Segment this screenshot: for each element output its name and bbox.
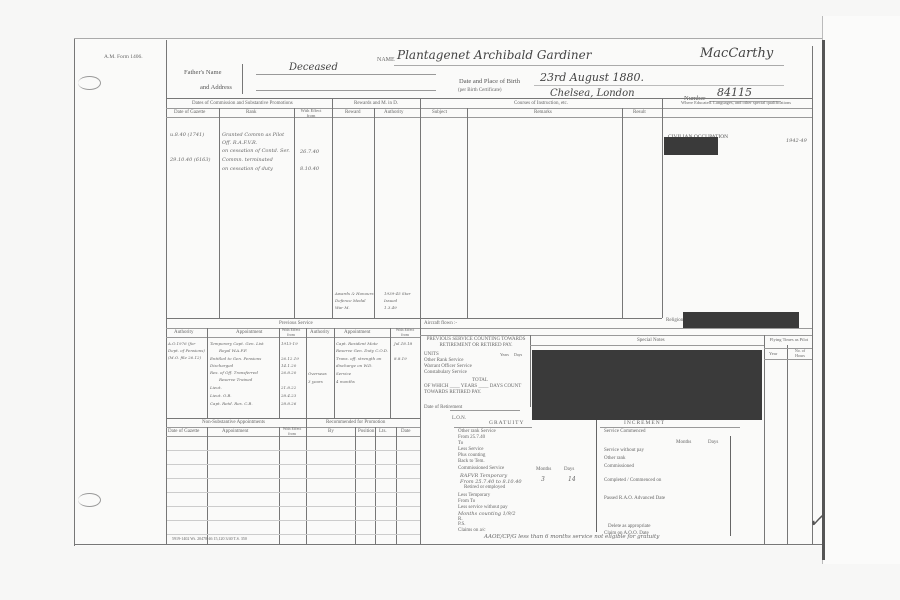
- prev-appointment: Royal W.A.F.F.: [219, 348, 247, 353]
- birth-label: Date and Place of Birth: [459, 78, 520, 85]
- prev-effect: 28.8.26: [281, 401, 296, 406]
- increment-line: Commissioned: [604, 464, 634, 469]
- col-header: No. of Hours: [790, 349, 810, 358]
- check-mark: ✓: [808, 508, 825, 532]
- reward-authority: 1939-45 Star: [384, 291, 411, 296]
- gratuity-line: Retired or employed: [464, 485, 505, 490]
- gratuity-line: Back to Tem.: [458, 459, 485, 464]
- surname-value: MacCarthy: [700, 46, 773, 61]
- rewards-title: Rewards and M. in D.: [354, 101, 398, 106]
- gratuity-line: Months counting 1/9/2: [458, 511, 516, 517]
- prev-appointment: Reserve Gen. Duty C.O.D.: [336, 348, 388, 353]
- col-header: With Effect from: [280, 427, 304, 436]
- prev-appointment: Lieut.: [210, 385, 222, 390]
- commission-date: 29.10.40 (6163): [170, 157, 210, 163]
- prev-authority: Overseas: [308, 371, 327, 376]
- increment-title: INCREMENT: [624, 420, 665, 426]
- redaction-block: [664, 137, 718, 155]
- gratuity-line: From To: [458, 499, 475, 504]
- reward-authority: 1.3.49: [384, 305, 397, 310]
- courses-title: Courses of Instruction, etc.: [514, 101, 568, 106]
- form-number: A.M. Form 1406.: [104, 54, 143, 60]
- birth-date-value: 23rd August 1880.: [540, 71, 644, 84]
- prev-appointment: Temporary Capt. Gen. List: [210, 341, 264, 346]
- prev-appointment: Res. of Off. Transferred: [210, 370, 258, 375]
- days-value: 14: [568, 476, 576, 483]
- forenames-value: Plantagenet Archibald Gardiner: [397, 48, 591, 62]
- non-substantive-title: Non-Substantive Appointments: [202, 420, 265, 425]
- prev-appointment: Reserve Trained: [219, 377, 252, 382]
- increment-line: Completed / Commenced on: [604, 478, 661, 483]
- col-header: Lts.: [379, 429, 387, 434]
- fathers-name-value: Deceased: [289, 62, 338, 73]
- prev-appointment: Discharged: [210, 363, 233, 368]
- gratuity-line: Plus counting: [458, 453, 485, 458]
- increment-line: Service without pay: [604, 448, 644, 453]
- col-header: Subject: [432, 110, 447, 115]
- commission-rank: Granted Commn as Pilot Off. R.A.F.V.R.: [222, 131, 292, 147]
- units-label: UNITS: [424, 352, 439, 357]
- commission-date: u.8.40 (1741): [170, 132, 204, 138]
- redaction-block: [532, 350, 762, 420]
- gratuity-line: Other rank Service: [458, 429, 496, 434]
- gratuity-line: To: [458, 441, 463, 446]
- punch-hole: [78, 76, 101, 90]
- col-header: With Effect from: [392, 328, 418, 337]
- commission-effect: 26.7.40: [300, 149, 319, 155]
- col-header: By: [328, 429, 334, 434]
- gratuity-prefix: L.O.N.: [452, 416, 466, 421]
- print-code: 5919-1402 Wt. 20478-46 15,120 3/40 T.S. …: [172, 536, 247, 541]
- col-header: Remarks: [534, 110, 552, 115]
- months-label: Months: [536, 467, 551, 472]
- punch-hole: [78, 493, 101, 507]
- prev-authority: 3 years: [308, 379, 323, 384]
- col-header: Date of Gazette: [174, 110, 205, 115]
- prev-appointment: Lieut. O.B.: [210, 393, 232, 398]
- gratuity-line: Less service without pay: [458, 505, 508, 510]
- prev-effect: 26.12.19: [281, 356, 299, 361]
- prev-appointment: Capt. Retd. Res. C.B.: [210, 401, 253, 406]
- increment-line: Claim on A.O.O. Date: [604, 531, 649, 536]
- gratuity-title: GRATUITY: [489, 420, 525, 426]
- flying-times-title: Flying Times as Pilot: [766, 337, 812, 342]
- months-value: 3: [541, 476, 545, 483]
- col-header: Date: [401, 429, 410, 434]
- recommended-title: Recommended for Promotion: [326, 420, 385, 425]
- reward-authority: Issued: [384, 298, 397, 303]
- prev-appointment: discharge on W.D.: [336, 363, 372, 368]
- prev-effect: 8.8.19: [394, 356, 407, 361]
- prev-appointment: Entitled to Gen. Pensions: [210, 356, 261, 361]
- days-label: Days: [564, 467, 574, 472]
- col-header: Appointment: [236, 330, 262, 335]
- gratuity-line: Less Temporary: [458, 493, 490, 498]
- increment-line: Delete as appropriate: [608, 524, 650, 529]
- months-label: Months: [676, 440, 691, 445]
- commission-rank: on cessation of Contd. Ser.: [222, 148, 290, 154]
- prev-authority: Dept. of Pensions): [168, 348, 205, 353]
- total-label: TOTAL: [472, 378, 488, 383]
- prev-effect: 28.4.23: [281, 393, 296, 398]
- education-years: 1942-49: [786, 138, 807, 144]
- service-record-sheet: A.M. Form 1406. Father's Name and Addres…: [74, 38, 822, 546]
- prev-appointment: Trans. off. strength on: [336, 356, 381, 361]
- col-header: Position: [358, 429, 374, 434]
- fathers-name-label: Father's Name: [184, 69, 221, 76]
- of-which-label: OF WHICH ____ YEARS ____ DAYS COUNT: [424, 384, 521, 389]
- and-address-label: and Address: [200, 84, 232, 91]
- col-header: Date of Gazette: [168, 429, 199, 434]
- increment-line: Passed R.A.O. Advanced Date: [604, 496, 665, 501]
- commission-rank: on cessation of duty: [222, 166, 273, 172]
- col-header: Reward: [345, 110, 361, 115]
- gratuity-line: From 25.7.40: [458, 435, 485, 440]
- gratuity-line: Less Service: [458, 447, 483, 452]
- gratuity-line: Commissioned Service: [458, 466, 504, 471]
- col-header: Result: [633, 110, 646, 115]
- increment-line: Service Commenced: [604, 429, 646, 434]
- col-header: Authority: [310, 330, 329, 335]
- col-header: Appointment: [222, 429, 248, 434]
- towards-label: TOWARDS RETIRED PAY.: [424, 390, 481, 395]
- prev-effect: 1913-19: [281, 341, 298, 346]
- prev-effect: 14.1.20: [281, 363, 296, 368]
- commission-rank: Commn. terminated: [222, 157, 273, 163]
- previous-service-title: Previous Service: [279, 321, 313, 326]
- prev-effect: 21.8.22: [281, 385, 296, 390]
- prev-appointment: Service: [336, 371, 351, 376]
- prev-effect: 26.8.20: [281, 370, 296, 375]
- other-rank-label: Other Rank Service: [424, 358, 463, 363]
- aircraft-flown-label: Aircraft flown :-: [424, 321, 457, 326]
- prev-appointment: Capt. Resident Mote: [336, 341, 378, 346]
- days-col: Days: [514, 352, 522, 357]
- binding-edge: [822, 40, 825, 560]
- prev-appointment: 4 months: [336, 379, 355, 384]
- religion-label: Religion: [666, 318, 683, 323]
- col-header: Year: [769, 351, 777, 356]
- prev-effect: Jul.18.18: [394, 341, 412, 346]
- constabulary-label: Constabulary Service: [424, 370, 467, 375]
- col-header: Authority: [174, 330, 193, 335]
- name-label: NAME: [377, 57, 395, 63]
- redaction-block: [683, 312, 799, 328]
- retirement-title: PREVIOUS SERVICE COUNTING TOWARDS RETIRE…: [424, 337, 528, 349]
- education-title: Where Educated. Languages, and other spe…: [666, 100, 806, 105]
- prev-authority: (M.O. file 26.12): [168, 355, 201, 360]
- warrant-officer-label: Warrant Officer Service: [424, 364, 472, 369]
- col-header: Appointment: [344, 330, 370, 335]
- reward-entry: Awards & Honours: [335, 291, 374, 296]
- col-header: With Effect from: [298, 108, 324, 118]
- scanner-right-edge: [822, 16, 900, 564]
- gratuity-line: Claims on a/c: [458, 528, 486, 533]
- col-header: Rank: [246, 110, 257, 115]
- increment-line: Other rank: [604, 456, 626, 461]
- reward-entry: War M.: [335, 305, 350, 310]
- col-header: With Effect from: [280, 328, 302, 337]
- prev-authority: A.O.1976 (for: [168, 341, 195, 346]
- gratuity-line: P.S.: [458, 522, 466, 527]
- col-header: Authority: [384, 110, 403, 115]
- special-notes-title: Special Notes: [637, 338, 665, 343]
- reward-entry: Defence Medal: [335, 298, 366, 303]
- days-label: Days: [708, 440, 718, 445]
- commissions-title: Dates of Commission and Substantive Prom…: [192, 101, 293, 106]
- commission-effect: 8.10.40: [300, 166, 319, 172]
- gratuity-increment-slip: L.O.N. GRATUITY Other rank Service From …: [424, 416, 764, 544]
- years-col: Years: [500, 352, 509, 357]
- birth-note: (per Birth Certificate): [458, 88, 502, 93]
